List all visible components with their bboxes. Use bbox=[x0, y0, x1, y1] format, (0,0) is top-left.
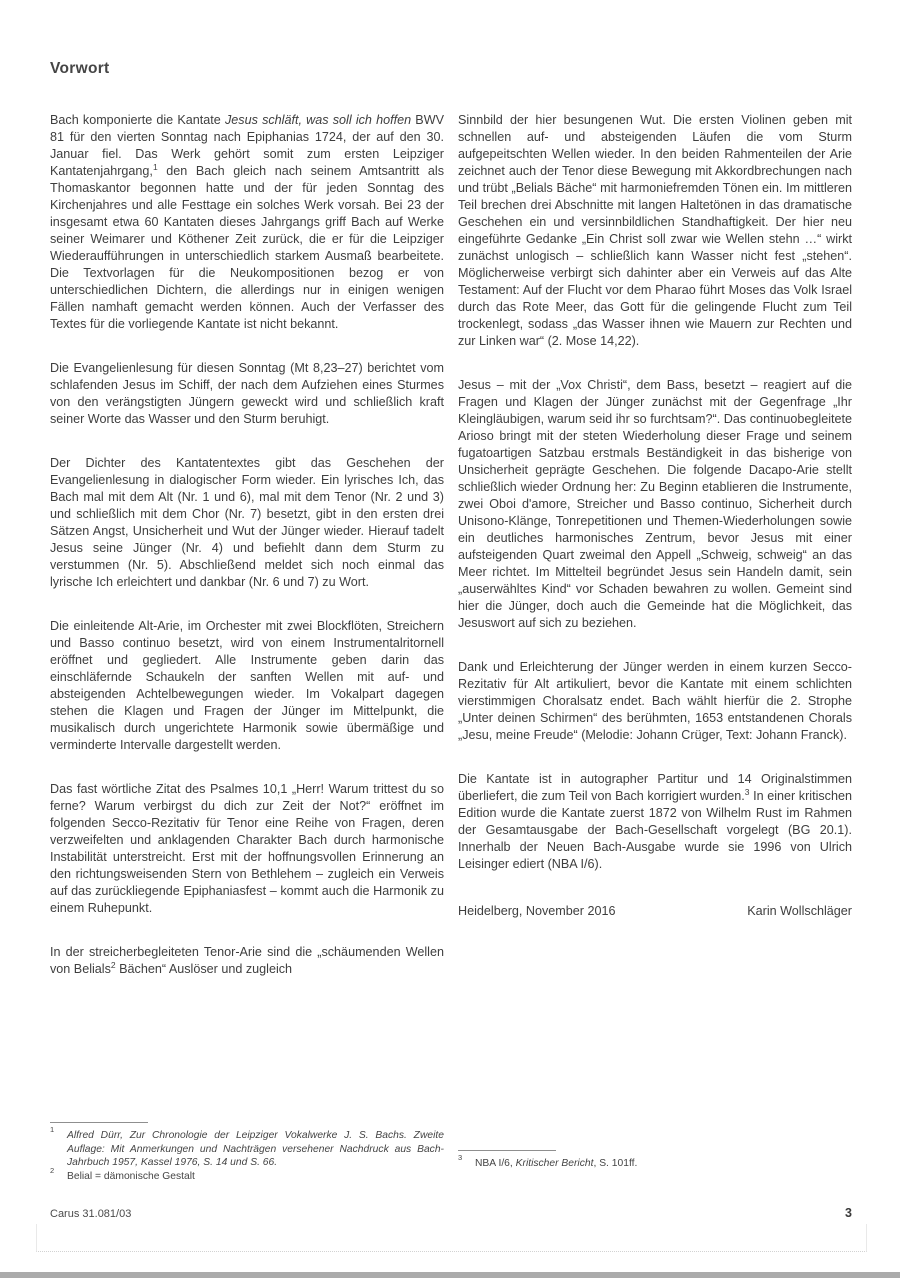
footnote-separator bbox=[50, 1122, 148, 1123]
paragraph: Jesus – mit der „Vox Christi“, dem Bass,… bbox=[458, 377, 852, 632]
right-footnotes: 3NBA I/6, Kritischer Bericht, S. 101ff. bbox=[458, 1157, 852, 1171]
paragraph: Sinnbild der hier besungenen Wut. Die er… bbox=[458, 112, 852, 350]
next-page-edge bbox=[36, 1224, 867, 1252]
footnote: 1Alfred Dürr, Zur Chronologie der Leipzi… bbox=[50, 1129, 444, 1170]
signature-name: Karin Wollschläger bbox=[747, 903, 852, 920]
right-column: Sinnbild der hier besungenen Wut. Die er… bbox=[458, 112, 852, 920]
document-page: Vorwort Bach komponierte die Kantate Jes… bbox=[0, 0, 900, 1278]
edition-number: Carus 31.081/03 bbox=[50, 1208, 131, 1220]
paragraph: Das fast wörtliche Zitat des Psalmes 10,… bbox=[50, 781, 444, 917]
right-footnotes-block: 3NBA I/6, Kritischer Bericht, S. 101ff. bbox=[458, 1150, 852, 1171]
paragraph: Der Dichter des Kantatentextes gibt das … bbox=[50, 455, 444, 591]
page-bottom-edge bbox=[0, 1272, 900, 1278]
paragraph: Dank und Erleichterung der Jünger werden… bbox=[458, 659, 852, 744]
paragraph: Bach komponierte die Kantate Jesus schlä… bbox=[50, 112, 444, 333]
footnote-number: 3 bbox=[458, 1157, 475, 1171]
paragraph: Die Kantate ist in autographer Partitur … bbox=[458, 771, 852, 873]
left-footnotes-block: 1Alfred Dürr, Zur Chronologie der Leipzi… bbox=[50, 1122, 444, 1183]
footnote-text: Alfred Dürr, Zur Chronologie der Leipzig… bbox=[67, 1129, 444, 1170]
footnote-separator bbox=[458, 1150, 556, 1151]
footnote-number: 2 bbox=[50, 1170, 67, 1184]
page-title: Vorwort bbox=[50, 60, 110, 78]
left-footnotes: 1Alfred Dürr, Zur Chronologie der Leipzi… bbox=[50, 1129, 444, 1183]
footnote-number: 1 bbox=[50, 1129, 67, 1170]
footnote-text: Belial = dämonische Gestalt bbox=[67, 1170, 444, 1184]
page-footer: Carus 31.081/03 3 bbox=[50, 1206, 852, 1220]
signature-place-date: Heidelberg, November 2016 bbox=[458, 903, 616, 920]
footnote: 2Belial = dämonische Gestalt bbox=[50, 1170, 444, 1184]
page-number: 3 bbox=[845, 1206, 852, 1220]
footnote-text: NBA I/6, Kritischer Bericht, S. 101ff. bbox=[475, 1157, 852, 1171]
left-column: Bach komponierte die Kantate Jesus schlä… bbox=[50, 112, 444, 978]
signature-line: Heidelberg, November 2016 Karin Wollschl… bbox=[458, 903, 852, 920]
left-paragraphs: Bach komponierte die Kantate Jesus schlä… bbox=[50, 112, 444, 978]
paragraph: Die einleitende Alt-Arie, im Orchester m… bbox=[50, 618, 444, 754]
footnote: 3NBA I/6, Kritischer Bericht, S. 101ff. bbox=[458, 1157, 852, 1171]
right-paragraphs: Sinnbild der hier besungenen Wut. Die er… bbox=[458, 112, 852, 873]
paragraph: Die Evangelienlesung für diesen Sonntag … bbox=[50, 360, 444, 428]
paragraph: In der streicherbegleiteten Tenor-Arie s… bbox=[50, 944, 444, 978]
